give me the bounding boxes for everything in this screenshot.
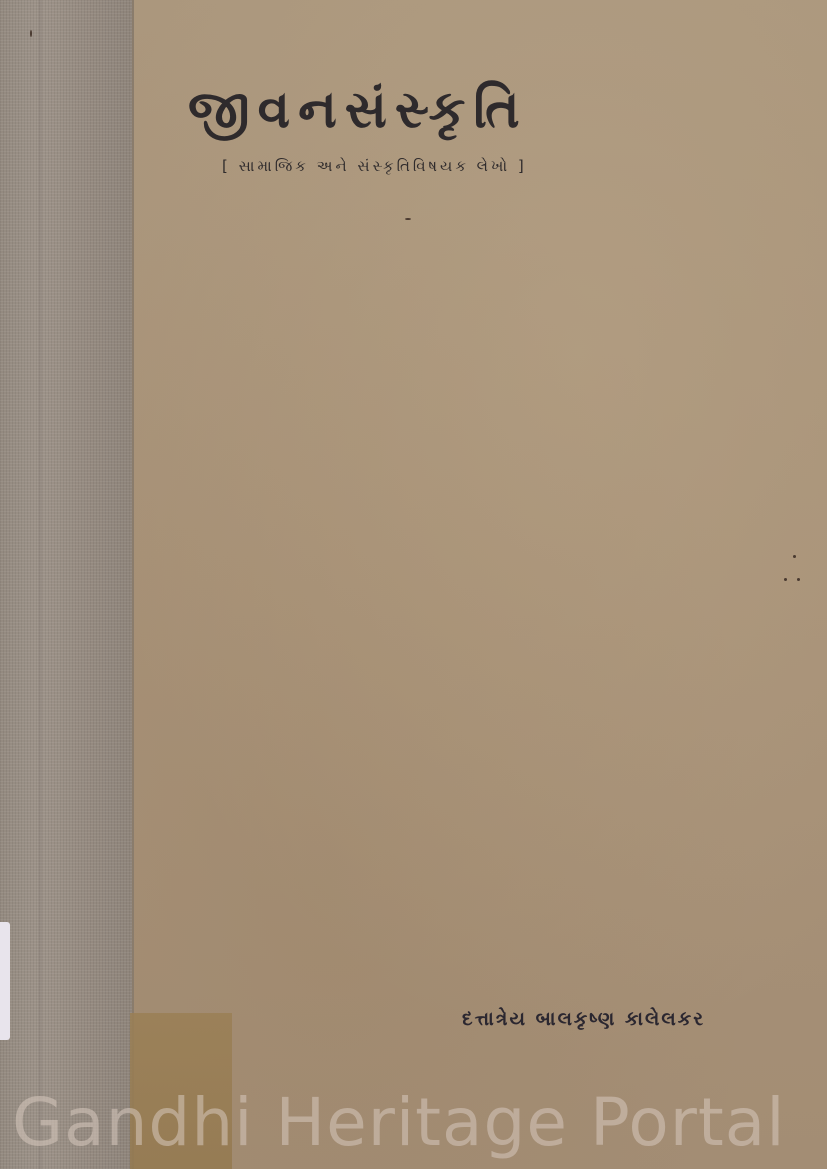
- cloth-spine: [0, 0, 134, 1169]
- spine-fold: [38, 0, 42, 1169]
- speck: [793, 555, 796, 558]
- book-title: જીવનસંસ્કૃતિ: [188, 80, 528, 141]
- watermark-text: Gandhi Heritage Portal: [12, 1084, 786, 1161]
- speck: [30, 30, 32, 37]
- speck: [784, 578, 787, 581]
- spine-label-sticker: [0, 922, 10, 1040]
- speck: [405, 218, 411, 220]
- book-subtitle: [ સામાજિક અને સંસ્કૃતિવિષયક લેખો ]: [222, 157, 527, 175]
- book-author: દત્તાત્રેય બાલકૃષ્ણ કાલેલકર: [462, 1008, 705, 1030]
- speck: [797, 578, 800, 581]
